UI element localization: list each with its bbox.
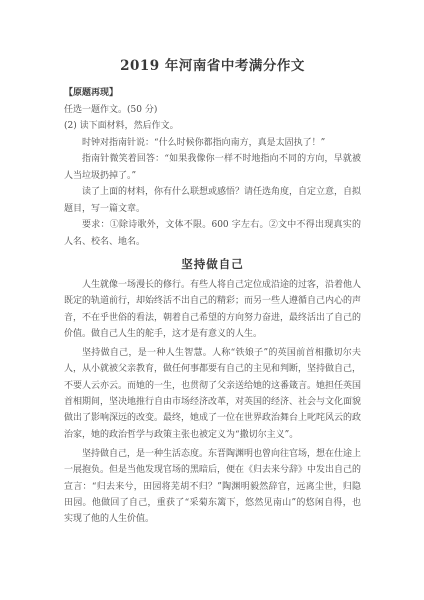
prompt-line-instruction: 读了上面的材料，你有什么联想或感悟？请任选角度，自定立意，自拟题目，写一篇文章。 [64,184,361,217]
prompt-line-choose-topic: 任选一题作文。(50 分) [64,102,361,119]
essay-title: 坚持做自己 [64,256,361,272]
essay-paragraph-2: 坚持做自己，是一种人生智慧。人称“铁娘子”的英国前首相撒切尔夫人，从小就被父亲教… [64,345,361,443]
section-label-original-prompt: 【原题再现】 [64,85,361,102]
document-title: 2019 年河南省中考满分作文 [64,54,361,74]
prompt-line-requirements: 要求：①除诗歌外，文体不限。600 字左右。②文中不得出现真实的人名、校名、地名… [64,217,361,250]
prompt-line-clock-quote: 时钟对指南针说：“什么时候你都指向南方，真是太固执了！” [64,135,361,152]
document-page: 2019 年河南省中考满分作文 【原题再现】 任选一题作文。(50 分) (2)… [0,0,424,600]
prompt-line-compass-quote: 指南针微笑着回答：“如果我像你一样不时地指向不同的方向，早就被人当垃圾扔掉了。” [64,151,361,184]
essay-paragraph-3: 坚持做自己，是一种生活态度。东晋陶渊明也曾向往官场，想在仕途上一展抱负。但是当他… [64,446,361,527]
prompt-line-read-material: (2) 读下面材料，然后作文。 [64,118,361,135]
essay-paragraph-1: 人生就像一场漫长的修行。有些人将自己定位成沿途的过客，沿着他人既定的轨道前行，却… [64,277,361,342]
